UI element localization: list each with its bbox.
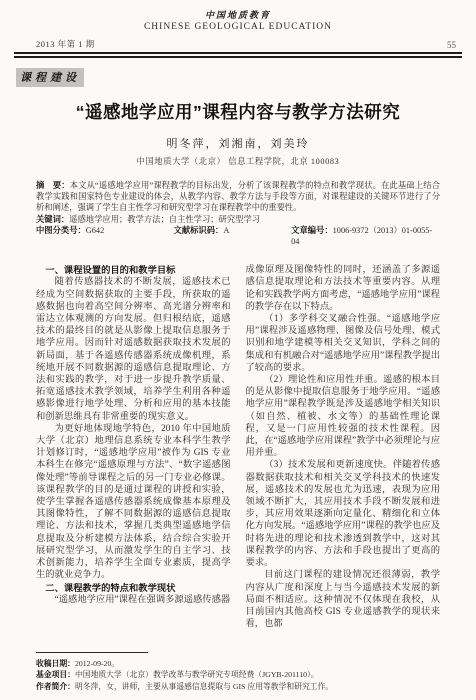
paragraph: “遥感地学应用”课程在强调多源遥感传感器 (36, 594, 231, 606)
paragraph: （2）理论性和应用性并重。遥感的根本目的是从影像中提取信息服务于地学应用。“遥感… (246, 374, 441, 459)
journal-masthead: 中国地质教育 CHINESE GEOLOGICAL EDUCATION (14, 8, 462, 32)
authors: 明冬萍，刘湘南，刘美玲 (14, 135, 462, 151)
article-title: “遥感地学应用”课程内容与教学方法研究 (14, 99, 462, 124)
footnote-block: 收稿日期：2012-09-20。 基金项目：中国地质大学（北京）教学改革与教学研… (36, 652, 446, 692)
paragraph-continuation: 成像原理及图像特性的同时，还涵盖了多源遥感信息提取理论和方法技术等重要内容。从理… (246, 264, 441, 313)
right-column: 成像原理及图像特性的同时，还涵盖了多源遥感信息提取理论和方法技术等重要内容。从理… (246, 264, 441, 660)
journal-header: 2013 年第 1 期 中国地质教育 CHINESE GEOLOGICAL ED… (14, 22, 462, 52)
author-bio-value: 明冬萍，女，讲师，主要从事遥感信息提取与 GIS 应用等教学和研究工作。 (75, 682, 333, 691)
abstract: 摘 要：本文从“遥感地学应用”课程教学的目标出发，分析了该课程教学的特点和教学现… (36, 180, 440, 214)
received-date-label: 收稿日期： (36, 659, 75, 668)
header-divider (14, 52, 462, 58)
author-bio-label: 作者简介： (36, 682, 75, 691)
doc-code-segment: 文献标识码：A (174, 225, 292, 247)
funding-value: 中国地质大学（北京）教学改革与教学研究专项经费（JGYB-201110）。 (75, 670, 319, 679)
column-tag: 课程建设 (16, 68, 84, 87)
paragraph: 目前这门课程的建设情况还很薄弱，教学内容从广度和深度上与当今遥感技术发展的新局面… (246, 569, 441, 630)
keywords-line: 关键词：遥感地学应用；教学方法；自主性学习；研究型学习 (36, 214, 440, 225)
journal-name-chinese: 中国地质教育 (14, 8, 462, 21)
page-number: 55 (447, 40, 456, 50)
clc-segment: 中图分类号：G642 (36, 225, 174, 247)
article-id-label: 文章编号： (291, 225, 333, 235)
paragraph: （3）技术发展和更新速度快。伴随着传感器数据获取技术和相关交叉学科技术的快速发展… (246, 459, 441, 569)
journal-name-english: CHINESE GEOLOGICAL EDUCATION (14, 22, 462, 32)
paragraph: 为更好地体现地学特色，2010 年中国地质大学（北京）地理信息系统专业本科学生教… (36, 423, 231, 582)
issue-label: 2013 年第 1 期 (36, 38, 95, 50)
funding-label: 基金项目： (36, 670, 75, 679)
doc-code-label: 文献标识码： (174, 225, 224, 235)
section-heading-1: 一、课程设置的目的和教学目标 (36, 264, 231, 276)
article-id-segment: 文章编号：1006-9372（2013）01-0055-04 (291, 225, 440, 247)
left-column: 一、课程设置的目的和教学目标 随着传感器技术的不断发展，遥感技术已经成为空间数据… (36, 264, 231, 660)
paragraph: 随着传感器技术的不断发展，遥感技术已经成为空间数据获取的主要手段，所获取的遥感数… (36, 276, 231, 422)
classification-line: 中图分类号：G642 文献标识码：A 文章编号：1006-9372（2013）0… (36, 225, 440, 247)
footnote-divider (36, 652, 148, 653)
journal-page: 2013 年第 1 期 中国地质教育 CHINESE GEOLOGICAL ED… (0, 0, 476, 700)
doc-code-value: A (223, 226, 229, 235)
received-date-line: 收稿日期：2012-09-20。 (36, 658, 446, 669)
funding-line: 基金项目：中国地质大学（北京）教学改革与教学研究专项经费（JGYB-201110… (36, 669, 446, 680)
author-bio-line: 作者简介：明冬萍，女，讲师，主要从事遥感信息提取与 GIS 应用等教学和研究工作… (36, 681, 446, 692)
abstract-text: 本文从“遥感地学应用”课程教学的目标出发，分析了该课程教学的特点和教学现状。在此… (36, 181, 440, 212)
keywords-text: 遥感地学应用；教学方法；自主性学习；研究型学习 (69, 215, 260, 224)
received-date-value: 2012-09-20。 (75, 659, 119, 668)
section-heading-2: 二、课程教学的特点和教学现状 (36, 582, 231, 594)
clc-label: 中图分类号： (36, 225, 86, 235)
paragraph: （1）多学科交叉融合性强。“遥感地学应用”课程涉及遥感物理、图像及信号处理、模式… (246, 313, 441, 374)
keywords-label: 关键词： (36, 214, 69, 224)
body-columns: 一、课程设置的目的和教学目标 随着传感器技术的不断发展，遥感技术已经成为空间数据… (36, 264, 440, 660)
affiliation: 中国地质大学（北京） 信息工程学院，北京 100083 (14, 155, 462, 167)
abstract-label: 摘 要： (36, 180, 70, 190)
clc-value: G642 (86, 226, 104, 235)
